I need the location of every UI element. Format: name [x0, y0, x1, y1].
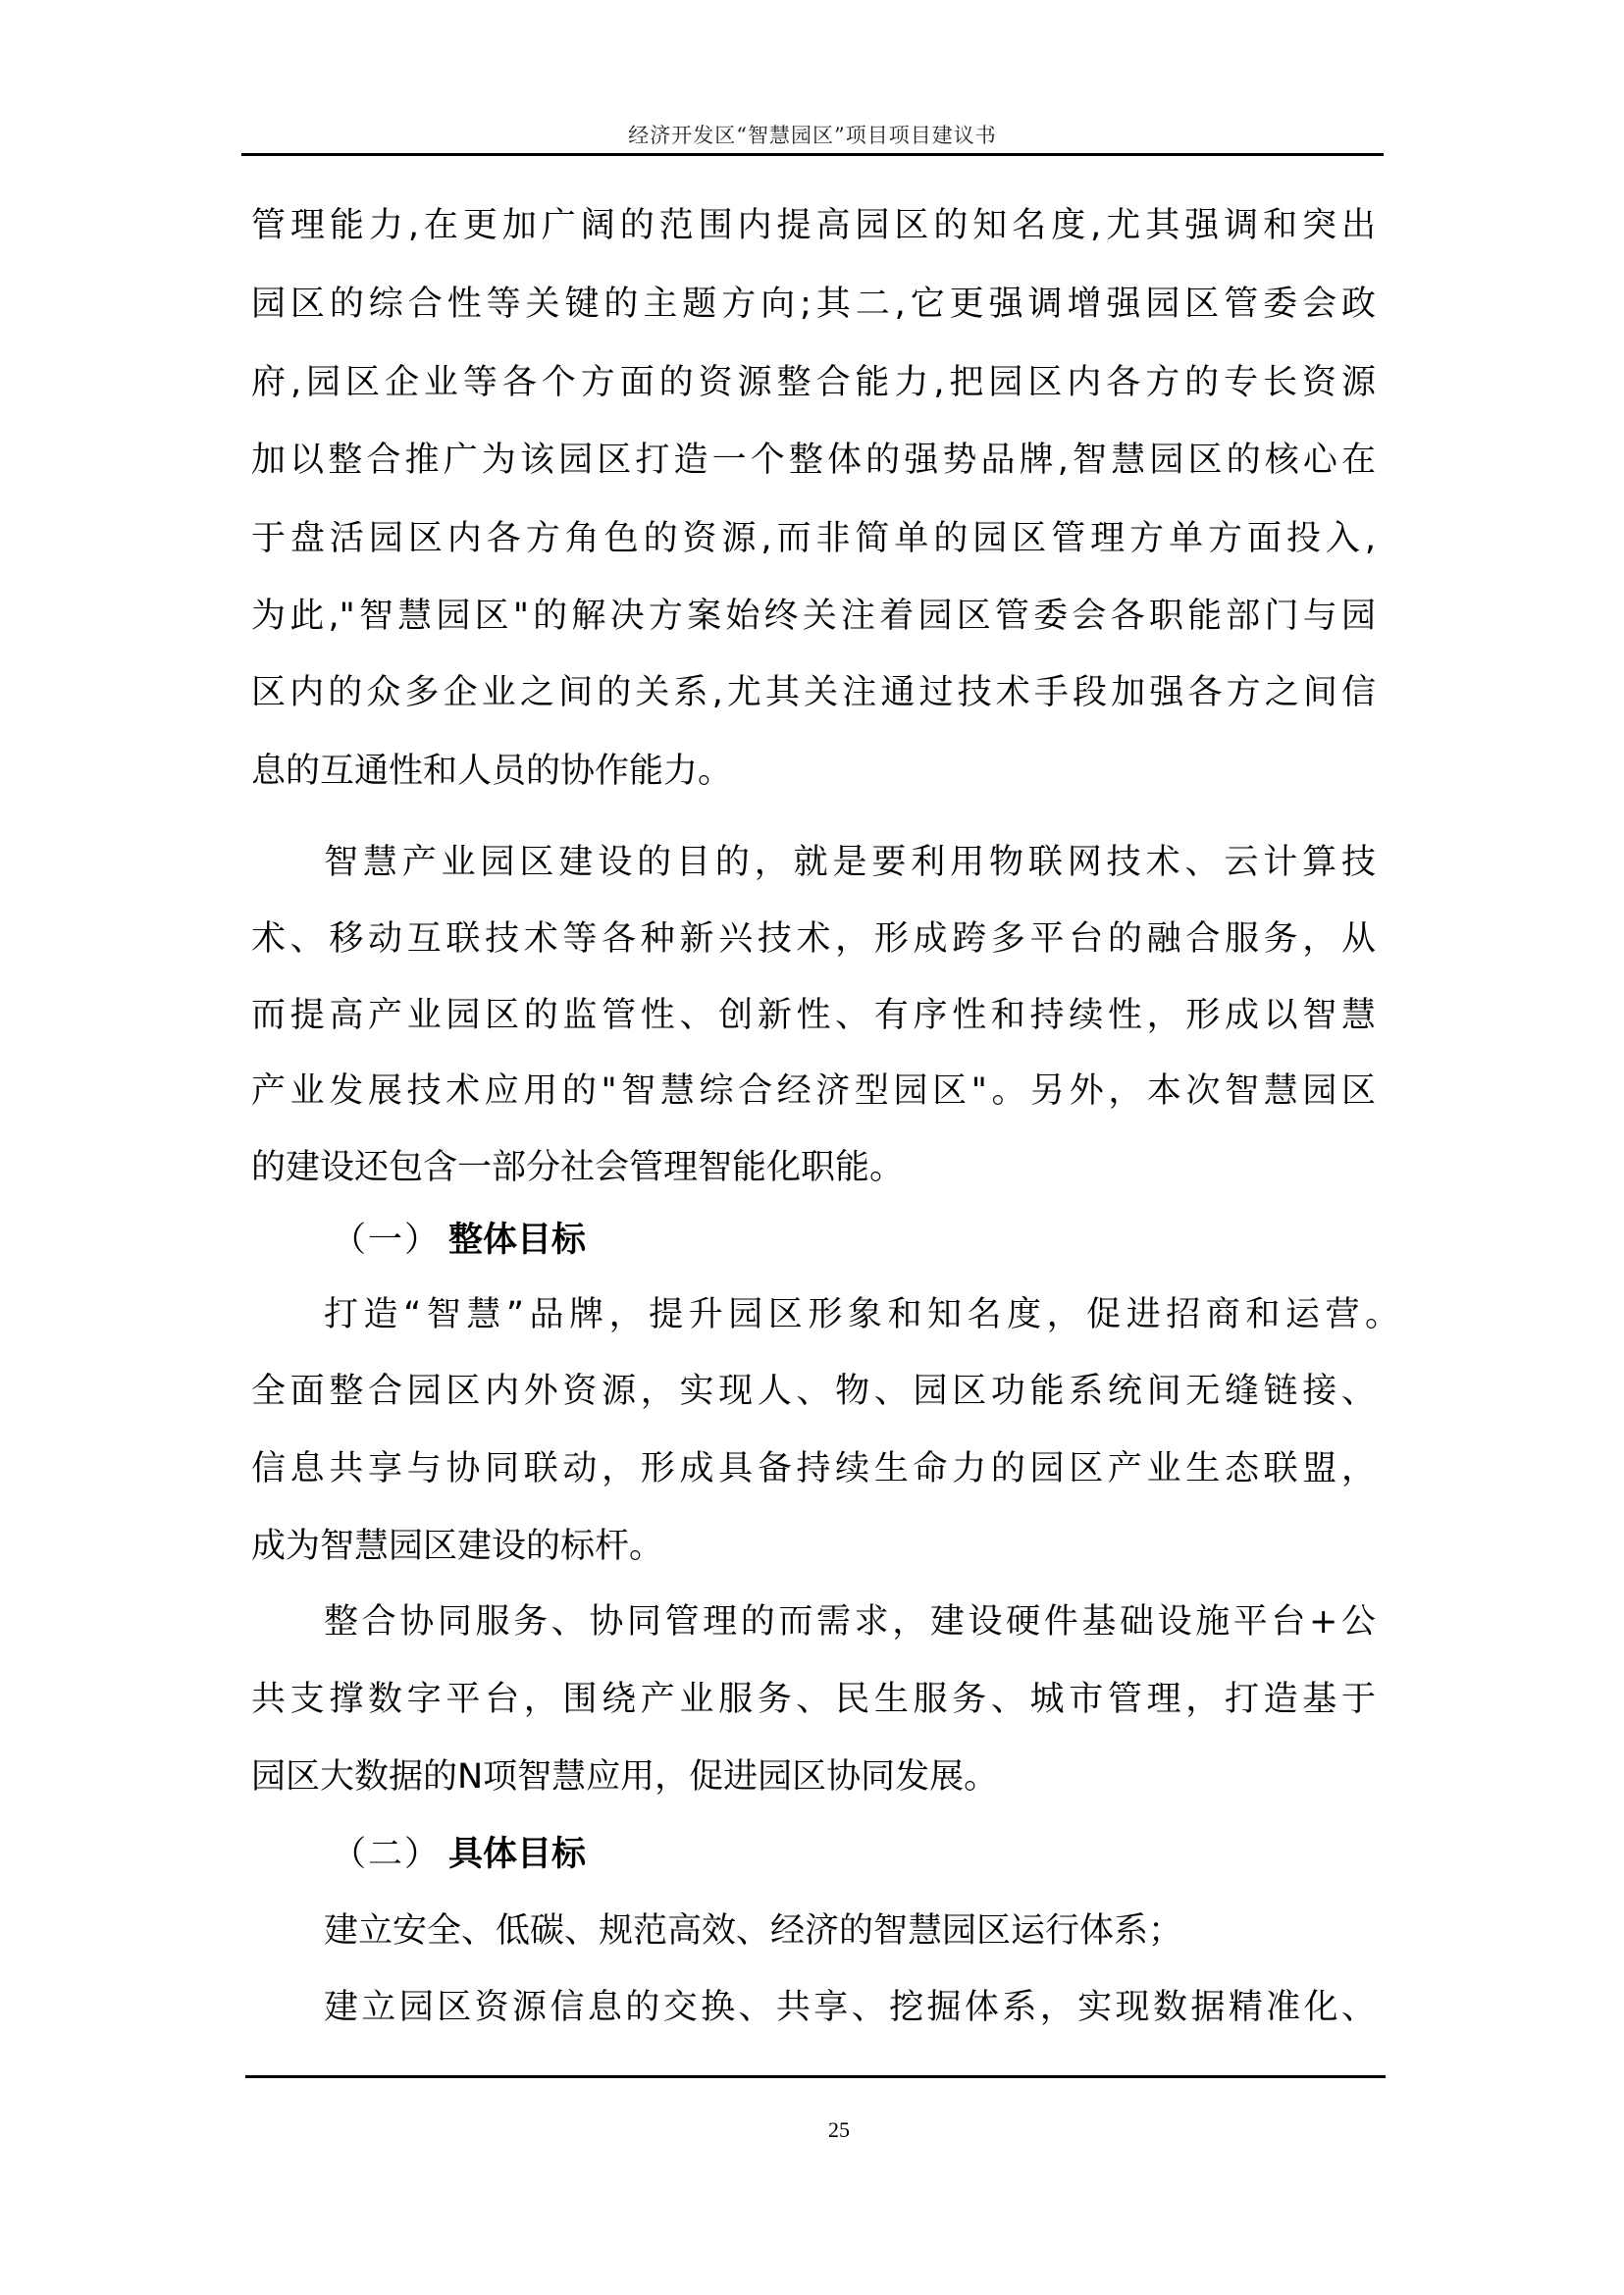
paragraph-line: 息的互通性和人员的协作能力。 [251, 750, 1376, 793]
paragraph-line: 区内的众多企业之间的关系,尤其关注通过技术手段加强各方之间信 [251, 671, 1376, 714]
section-heading-specific-goals: （二）具体目标 [332, 1833, 586, 1876]
paragraph-line: 加以整合推广为该园区打造一个整体的强势品牌,智慧园区的核心在 [251, 439, 1376, 482]
paragraph-line: 成为智慧园区建设的标杆。 [251, 1525, 1376, 1568]
paragraph-line: 整合协同服务、协同管理的而需求，建设硬件基础设施平台+公 [324, 1600, 1376, 1643]
paragraph-line: 建立园区资源信息的交换、共享、挖掘体系，实现数据精准化、 [324, 1986, 1376, 2029]
running-header-title: 经济开发区“智慧园区”项目项目建议书 [241, 122, 1384, 149]
paragraph-line: 术、移动互联技术等各种新兴技术，形成跨多平台的融合服务，从 [251, 917, 1376, 961]
paragraph-line: 为此,"智慧园区"的解决方案始终关注着园区管委会各职能部门与园 [251, 595, 1376, 638]
paragraph-line: 的建设还包含一部分社会管理智能化职能。 [251, 1146, 1376, 1189]
document-page: 经济开发区“智慧园区”项目项目建议书 管理能力,在更加广阔的范围内提高园区的知名… [0, 0, 1624, 2295]
section-heading-number: （二） [332, 1835, 441, 1874]
page-number: 25 [765, 2116, 913, 2144]
paragraph-line: 府,园区企业等各个方面的资源整合能力,把园区内各方的专长资源 [251, 361, 1376, 404]
paragraph-line: 产业发展技术应用的"智慧综合经济型园区"。另外，本次智慧园区 [251, 1069, 1376, 1113]
paragraph-line: 而提高产业园区的监管性、创新性、有序性和持续性，形成以智慧 [251, 994, 1376, 1037]
paragraph-line: 打造“智慧”品牌，提升园区形象和知名度，促进招商和运营。 [324, 1293, 1399, 1336]
section-heading-overall-goals: （一）整体目标 [332, 1219, 586, 1262]
section-heading-title: 具体目标 [448, 1835, 586, 1874]
footer-rule [245, 2075, 1386, 2078]
paragraph-line: 共支撑数字平台，围绕产业服务、民生服务、城市管理，打造基于 [251, 1678, 1376, 1721]
paragraph-line: 园区的综合性等关键的主题方向;其二,它更强调增强园区管委会政 [251, 283, 1376, 326]
paragraph-line: 管理能力,在更加广阔的范围内提高园区的知名度,尤其强调和突出 [251, 204, 1376, 247]
paragraph-line: 建立安全、低碳、规范高效、经济的智慧园区运行体系； [324, 1909, 1376, 1953]
paragraph-line: 智慧产业园区建设的目的，就是要利用物联网技术、云计算技 [324, 841, 1376, 884]
paragraph-line: 信息共享与协同联动，形成具备持续生命力的园区产业生态联盟， [251, 1447, 1376, 1490]
paragraph-line: 全面整合园区内外资源，实现人、物、园区功能系统间无缝链接、 [251, 1370, 1376, 1413]
paragraph-line: 园区大数据的N项智慧应用，促进园区协同发展。 [251, 1755, 1376, 1799]
section-heading-title: 整体目标 [448, 1221, 586, 1260]
header-rule [241, 153, 1384, 156]
section-heading-number: （一） [332, 1221, 441, 1260]
paragraph-line: 于盘活园区内各方角色的资源,而非简单的园区管理方单方面投入, [251, 517, 1376, 560]
